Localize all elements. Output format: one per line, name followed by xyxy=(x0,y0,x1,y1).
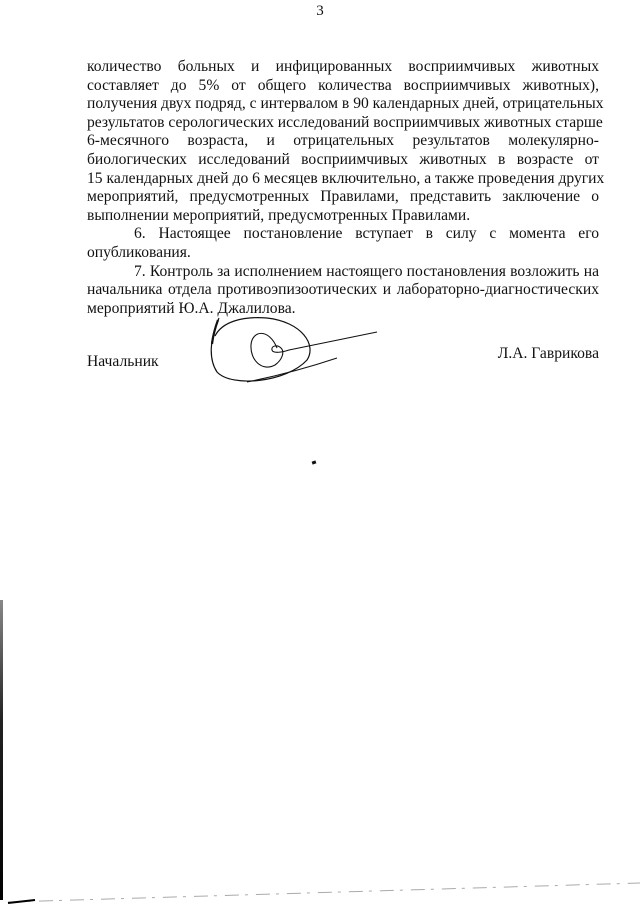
document-body: количество больных и инфицированных восп… xyxy=(87,58,599,318)
text-line: мероприятий, предусмотренных Правилами, … xyxy=(87,188,599,207)
text-line: результатов серологических исследований … xyxy=(87,114,599,133)
paragraph-continuation: количество больных и инфицированных восп… xyxy=(87,58,599,225)
page-number: 3 xyxy=(0,2,640,20)
signature-block: Начальник Л.А. Гаврикова xyxy=(87,345,599,405)
signatory-title: Начальник xyxy=(87,353,159,371)
text-line: 6. Настоящее постановление вступает в си… xyxy=(87,225,599,244)
paragraph-item-6: 6. Настоящее постановление вступает в си… xyxy=(87,225,599,262)
handwritten-signature xyxy=(207,310,387,390)
scan-edge-bottom xyxy=(0,840,640,905)
text-line: биологических исследований восприимчивых… xyxy=(87,151,599,170)
scan-artifact-speck xyxy=(312,460,317,464)
text-line: 15 календарных дней до 6 месяцев включит… xyxy=(87,170,599,189)
signatory-name: Л.А. Гаврикова xyxy=(498,345,599,363)
text-line: 6-месячного возраста, и отрицательных ре… xyxy=(87,132,599,151)
text-line: 7. Контроль за исполнением настоящего по… xyxy=(87,263,599,282)
text-line: начальника отдела противоэпизоотических … xyxy=(87,281,599,300)
text-line: получения двух подряд, с интервалом в 90… xyxy=(87,95,599,114)
text-line: количество больных и инфицированных восп… xyxy=(87,58,599,77)
text-line: выполнении мероприятий, предусмотренных … xyxy=(87,207,599,226)
text-line: составляет до 5% от общего количества во… xyxy=(87,77,599,96)
text-line: опубликования. xyxy=(87,244,599,263)
